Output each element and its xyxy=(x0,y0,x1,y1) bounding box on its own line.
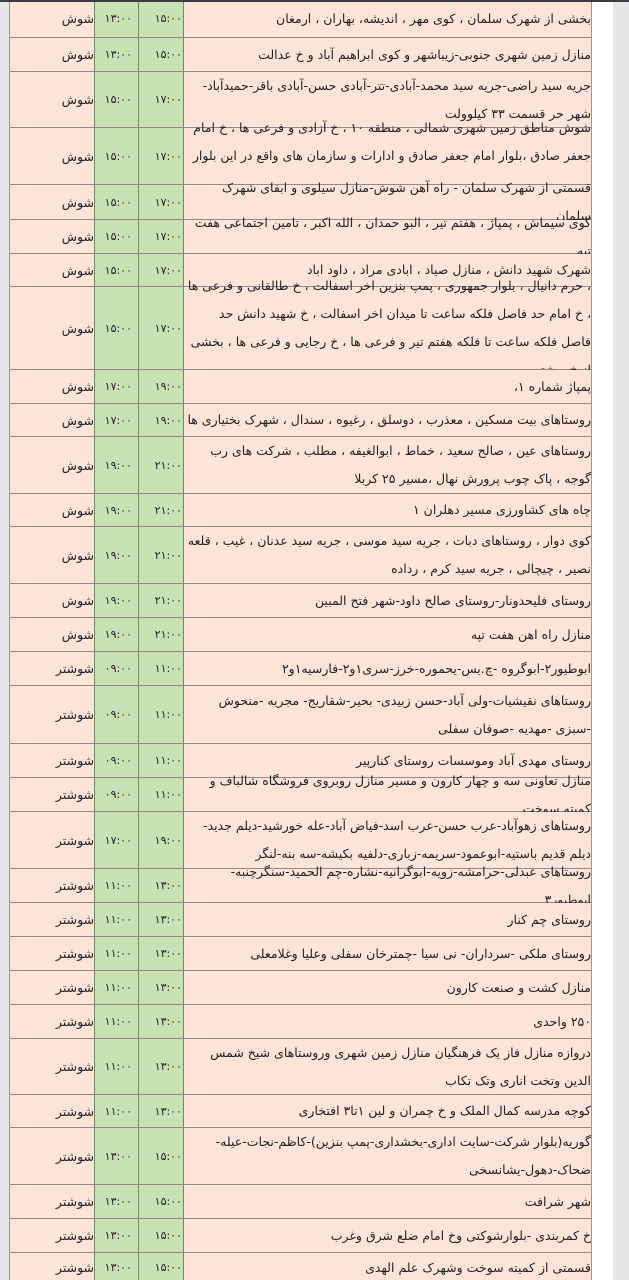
end-time-cell: ۱۵:۰۰ xyxy=(139,1219,184,1252)
end-time-cell: ۲۱:۰۰ xyxy=(139,437,184,493)
areas-text: منازل راه اهن هفت تپه xyxy=(186,621,591,649)
areas-cell: کوچه مدرسه کمال الملک و خ چمران و لین ۱ت… xyxy=(184,1095,591,1127)
outage-schedule-table: شوش ۱۳:۰۰ ۱۵:۰۰ بخشی از شهرک سلمان ، کوی… xyxy=(9,0,592,1280)
table-row: شوش ۱۷:۰۰ ۱۹:۰۰ روستاهای بیت مسکین ، معذ… xyxy=(10,404,591,437)
city-cell: شوش xyxy=(10,0,95,37)
areas-cell: روستای چم کنار xyxy=(184,903,591,936)
areas-text: قسمتی از کمیته سوخت وشهرک علم الهدی xyxy=(186,1254,591,1280)
city-cell: شوشتر xyxy=(10,971,95,1004)
table-row: شوش ۱۹:۰۰ ۲۱:۰۰ چاه های کشاورزی مسیر دهل… xyxy=(10,494,591,527)
city-cell: شوش xyxy=(10,527,95,583)
areas-cell: شهر شرافت xyxy=(184,1185,591,1218)
start-time-cell: ۱۱:۰۰ xyxy=(95,1095,139,1127)
areas-cell: بخشی از شهرک سلمان ، کوی مهر ، اندیشه، ب… xyxy=(184,0,591,37)
start-time-cell: ۱۳:۰۰ xyxy=(95,1128,139,1184)
areas-cell: ۲۵۰ واحدی xyxy=(184,1005,591,1038)
areas-text: منازل کشت و صنعت کارون xyxy=(186,974,591,1002)
start-time-cell: ۱۳:۰۰ xyxy=(95,0,139,37)
start-time-cell: ۱۵:۰۰ xyxy=(95,287,139,369)
table-row: شوشتر ۱۳:۰۰ ۱۵:۰۰ گوریه(بلوار شرکت-سایت … xyxy=(10,1128,591,1185)
start-time-cell: ۱۵:۰۰ xyxy=(95,72,139,127)
start-time-cell: ۱۹:۰۰ xyxy=(95,494,139,526)
end-time-cell: ۲۱:۰۰ xyxy=(139,527,184,583)
start-time-cell: ۰۹:۰۰ xyxy=(95,686,139,743)
areas-cell: منازل کشت و صنعت کارون xyxy=(184,971,591,1004)
areas-text: روستای چم کنار xyxy=(186,906,591,934)
areas-cell: منازل زمین شهری جنوبی-زیباشهر و کوی ابرا… xyxy=(184,38,591,71)
start-time-cell: ۱۱:۰۰ xyxy=(95,869,139,902)
start-time-cell: ۱۹:۰۰ xyxy=(95,618,139,651)
start-time-cell: ۱۳:۰۰ xyxy=(95,1185,139,1218)
city-cell: شوشتر xyxy=(10,686,95,743)
table-row: شوش ۱۳:۰۰ ۱۵:۰۰ بخشی از شهرک سلمان ، کوی… xyxy=(10,0,591,38)
table-row: شوش ۱۳:۰۰ ۱۵:۰۰ منازل زمین شهری جنوبی-زی… xyxy=(10,38,591,72)
start-time-cell: ۱۷:۰۰ xyxy=(95,370,139,403)
end-time-cell: ۱۷:۰۰ xyxy=(139,185,184,219)
areas-text: منازل زمین شهری جنوبی-زیباشهر و کوی ابرا… xyxy=(186,41,591,69)
end-time-cell: ۲۱:۰۰ xyxy=(139,618,184,651)
city-cell: شوشتر xyxy=(10,812,95,868)
areas-cell: روستاهای بیت مسکین ، معذرب ، دوسلق ، رغی… xyxy=(184,404,591,436)
areas-cell: منازل تعاونی سه و چهار کارون و مسیر مناز… xyxy=(184,778,591,811)
end-time-cell: ۱۳:۰۰ xyxy=(139,1005,184,1038)
city-cell: شوش xyxy=(10,185,95,219)
table-row: شوشتر ۱۱:۰۰ ۱۳:۰۰ کوچه مدرسه کمال الملک … xyxy=(10,1095,591,1128)
end-time-cell: ۱۳:۰۰ xyxy=(139,937,184,970)
city-cell: شوشتر xyxy=(10,903,95,936)
areas-text: بخشی از شهرک سلمان ، کوی مهر ، اندیشه، ب… xyxy=(186,5,591,33)
areas-cell: گوریه(بلوار شرکت-سایت اداری-بخشداری-پمپ … xyxy=(184,1128,591,1184)
areas-cell: ابوطیور۲-ابوگروه -چ.یس-یحموره-خرز-سری۱و۲… xyxy=(184,652,591,685)
start-time-cell: ۱۷:۰۰ xyxy=(95,812,139,868)
end-time-cell: ۱۹:۰۰ xyxy=(139,404,184,436)
areas-text: ابوطیور۲-ابوگروه -چ.یس-یحموره-خرز-سری۱و۲… xyxy=(186,655,591,683)
start-time-cell: ۰۹:۰۰ xyxy=(95,778,139,811)
table-row: شوش ۱۹:۰۰ ۲۱:۰۰ روستای فلیحدونار-روستای … xyxy=(10,584,591,618)
areas-text: روستای فلیحدونار-روستای صالح داود-شهر فت… xyxy=(186,587,591,615)
areas-text: روستاهای نقیشیات-ولی آباد-حسن زبیدی- بحی… xyxy=(186,687,591,743)
end-time-cell: ۱۷:۰۰ xyxy=(139,287,184,369)
table-row: شوشتر ۰۹:۰۰ ۱۱:۰۰ منازل تعاونی سه و چهار… xyxy=(10,778,591,812)
start-time-cell: ۱۵:۰۰ xyxy=(95,185,139,219)
end-time-cell: ۲۱:۰۰ xyxy=(139,584,184,617)
start-time-cell: ۱۹:۰۰ xyxy=(95,584,139,617)
city-cell: شوشتر xyxy=(10,937,95,970)
areas-cell: روستای فلیحدونار-روستای صالح داود-شهر فت… xyxy=(184,584,591,617)
areas-text: ، حرم دانیال ، بلوار جمهوری ، پمپ بنزین … xyxy=(186,272,591,384)
areas-cell: روستاهای عین ، صالح سعید ، خماط ، ابوالغ… xyxy=(184,437,591,493)
areas-cell: قسمتی از کمیته سوخت وشهرک علم الهدی xyxy=(184,1253,591,1280)
areas-text: گوریه(بلوار شرکت-سایت اداری-بخشداری-پمپ … xyxy=(186,1128,591,1184)
city-cell: شوشتر xyxy=(10,1095,95,1127)
end-time-cell: ۱۳:۰۰ xyxy=(139,971,184,1004)
table-row: شوشتر ۱۱:۰۰ ۱۳:۰۰ روستای چم کنار xyxy=(10,903,591,937)
areas-cell: روستای ملکی -سرداران- نی سیا -چمترخان سف… xyxy=(184,937,591,970)
start-time-cell: ۰۹:۰۰ xyxy=(95,744,139,777)
end-time-cell: ۱۹:۰۰ xyxy=(139,812,184,868)
city-cell: شوش xyxy=(10,287,95,369)
end-time-cell: ۱۷:۰۰ xyxy=(139,72,184,127)
end-time-cell: ۱۳:۰۰ xyxy=(139,1039,184,1094)
start-time-cell: ۱۵:۰۰ xyxy=(95,254,139,286)
start-time-cell: ۱۱:۰۰ xyxy=(95,937,139,970)
table-row: شوشتر ۱۱:۰۰ ۱۳:۰۰ دروازه منازل فاز یک فر… xyxy=(10,1039,591,1095)
table-row: شوشتر ۱۳:۰۰ ۱۵:۰۰ شهر شرافت xyxy=(10,1185,591,1219)
city-cell: شوش xyxy=(10,404,95,436)
city-cell: شوشتر xyxy=(10,1128,95,1184)
end-time-cell: ۱۵:۰۰ xyxy=(139,1128,184,1184)
start-time-cell: ۱۳:۰۰ xyxy=(95,1219,139,1252)
areas-text: کوچه مدرسه کمال الملک و خ چمران و لین ۱ت… xyxy=(186,1097,591,1125)
start-time-cell: ۱۹:۰۰ xyxy=(95,437,139,493)
areas-cell: دروازه منازل فاز یک فرهنگیان منازل زمین … xyxy=(184,1039,591,1094)
areas-text: چاه های کشاورزی مسیر دهلران ۱ xyxy=(186,496,591,524)
left-gutter xyxy=(0,0,9,1280)
table-row: شوش ۱۵:۰۰ ۱۷:۰۰ ، حرم دانیال ، بلوار جمه… xyxy=(10,287,591,370)
table-row: شوشتر ۰۹:۰۰ ۱۱:۰۰ روستاهای نقیشیات-ولی آ… xyxy=(10,686,591,744)
areas-cell: ، حرم دانیال ، بلوار جمهوری ، پمپ بنزین … xyxy=(184,287,591,369)
city-cell: شوشتر xyxy=(10,778,95,811)
city-cell: شوش xyxy=(10,618,95,651)
city-cell: شوش xyxy=(10,72,95,127)
table-row: شوش ۱۷:۰۰ ۱۹:۰۰ پمپاژ شماره ۱، xyxy=(10,370,591,404)
table-row: شوشتر ۱۳:۰۰ ۱۵:۰۰ خ کمربندی -بلوارشوکتی … xyxy=(10,1219,591,1253)
areas-cell: منازل راه اهن هفت تپه xyxy=(184,618,591,651)
start-time-cell: ۱۱:۰۰ xyxy=(95,971,139,1004)
table-row: شوشتر ۰۹:۰۰ ۱۱:۰۰ ابوطیور۲-ابوگروه -چ.یس… xyxy=(10,652,591,686)
areas-cell: پمپاژ شماره ۱، xyxy=(184,370,591,403)
city-cell: شوش xyxy=(10,494,95,526)
end-time-cell: ۱۳:۰۰ xyxy=(139,869,184,902)
city-cell: شوشتر xyxy=(10,1005,95,1038)
areas-text: روستاهای بیت مسکین ، معذرب ، دوسلق ، رغی… xyxy=(186,406,591,434)
table-row: شوش ۱۹:۰۰ ۲۱:۰۰ کوی دوار ، روستاهای دبات… xyxy=(10,527,591,584)
start-time-cell: ۱۱:۰۰ xyxy=(95,1005,139,1038)
start-time-cell: ۱۷:۰۰ xyxy=(95,404,139,436)
areas-cell: روستاهای عبدلی-حرامشه-زویه-ابوگرانیه-نشا… xyxy=(184,869,591,902)
end-time-cell: ۱۷:۰۰ xyxy=(139,220,184,253)
end-time-cell: ۱۵:۰۰ xyxy=(139,38,184,71)
end-time-cell: ۱۳:۰۰ xyxy=(139,1095,184,1127)
end-time-cell: ۱۱:۰۰ xyxy=(139,744,184,777)
start-time-cell: ۱۳:۰۰ xyxy=(95,38,139,71)
start-time-cell: ۰۹:۰۰ xyxy=(95,652,139,685)
end-time-cell: ۱۵:۰۰ xyxy=(139,1185,184,1218)
areas-cell: کوی دوار ، روستاهای دبات ، جریه سید موسی… xyxy=(184,527,591,583)
city-cell: شوش xyxy=(10,370,95,403)
city-cell: شوشتر xyxy=(10,1185,95,1218)
areas-text: دروازه منازل فاز یک فرهنگیان منازل زمین … xyxy=(186,1039,591,1095)
city-cell: شوش xyxy=(10,38,95,71)
city-cell: شوشتر xyxy=(10,1039,95,1094)
city-cell: شوش xyxy=(10,254,95,286)
end-time-cell: ۱۱:۰۰ xyxy=(139,652,184,685)
end-time-cell: ۱۱:۰۰ xyxy=(139,686,184,743)
areas-cell: خ کمربندی -بلوارشوکتی وخ امام ضلع شرق وغ… xyxy=(184,1219,591,1252)
city-cell: شوش xyxy=(10,220,95,253)
city-cell: شوشتر xyxy=(10,1219,95,1252)
end-time-cell: ۱۹:۰۰ xyxy=(139,370,184,403)
start-time-cell: ۱۳:۰۰ xyxy=(95,1253,139,1280)
start-time-cell: ۱۹:۰۰ xyxy=(95,527,139,583)
table-row: شوشتر ۱۳:۰۰ ۱۵:۰۰ قسمتی از کمیته سوخت وش… xyxy=(10,1253,591,1280)
areas-text: پمپاژ شماره ۱، xyxy=(186,373,591,401)
areas-text: روستاهای عین ، صالح سعید ، خماط ، ابوالغ… xyxy=(186,437,591,493)
city-cell: شوش xyxy=(10,437,95,493)
end-time-cell: ۱۱:۰۰ xyxy=(139,778,184,811)
end-time-cell: ۱۵:۰۰ xyxy=(139,1253,184,1280)
city-cell: شوش xyxy=(10,128,95,184)
end-time-cell: ۱۳:۰۰ xyxy=(139,903,184,936)
city-cell: شوش xyxy=(10,584,95,617)
table-row: شوشتر ۱۱:۰۰ ۱۳:۰۰ منازل کشت و صنعت کارون xyxy=(10,971,591,1005)
areas-cell: روستاهای نقیشیات-ولی آباد-حسن زبیدی- بحی… xyxy=(184,686,591,743)
areas-text: کوی دوار ، روستاهای دبات ، جریه سید موسی… xyxy=(186,527,591,583)
right-gutter xyxy=(613,0,629,1280)
areas-text: خ کمربندی -بلوارشوکتی وخ امام ضلع شرق وغ… xyxy=(186,1222,591,1250)
table-row: شوش ۱۹:۰۰ ۲۱:۰۰ منازل راه اهن هفت تپه xyxy=(10,618,591,652)
start-time-cell: ۱۱:۰۰ xyxy=(95,903,139,936)
city-cell: شوشتر xyxy=(10,1253,95,1280)
table-row: شوش ۱۵:۰۰ ۱۷:۰۰ کوی سیماش ، پمپاژ ، هفتم… xyxy=(10,220,591,254)
start-time-cell: ۱۱:۰۰ xyxy=(95,1039,139,1094)
areas-text: شهر شرافت xyxy=(186,1188,591,1216)
end-time-cell: ۱۵:۰۰ xyxy=(139,0,184,37)
city-cell: شوشتر xyxy=(10,869,95,902)
city-cell: شوشتر xyxy=(10,652,95,685)
city-cell: شوشتر xyxy=(10,744,95,777)
areas-cell: چاه های کشاورزی مسیر دهلران ۱ xyxy=(184,494,591,526)
end-time-cell: ۲۱:۰۰ xyxy=(139,494,184,526)
start-time-cell: ۱۵:۰۰ xyxy=(95,128,139,184)
end-time-cell: ۱۷:۰۰ xyxy=(139,254,184,286)
end-time-cell: ۱۷:۰۰ xyxy=(139,128,184,184)
table-row: شوشتر ۱۱:۰۰ ۱۳:۰۰ روستای ملکی -سرداران- … xyxy=(10,937,591,971)
table-row: شوش ۱۹:۰۰ ۲۱:۰۰ روستاهای عین ، صالح سعید… xyxy=(10,437,591,494)
table-row: شوشتر ۱۱:۰۰ ۱۳:۰۰ ۲۵۰ واحدی xyxy=(10,1005,591,1039)
areas-cell: کوی سیماش ، پمپاژ ، هفتم تیر ، البو حمدا… xyxy=(184,220,591,253)
areas-text: ۲۵۰ واحدی xyxy=(186,1008,591,1036)
start-time-cell: ۱۵:۰۰ xyxy=(95,220,139,253)
top-edge xyxy=(0,0,629,2)
table-row: شوشتر ۱۱:۰۰ ۱۳:۰۰ روستاهای عبدلی-حرامشه-… xyxy=(10,869,591,903)
areas-text: روستای ملکی -سرداران- نی سیا -چمترخان سف… xyxy=(186,940,591,968)
